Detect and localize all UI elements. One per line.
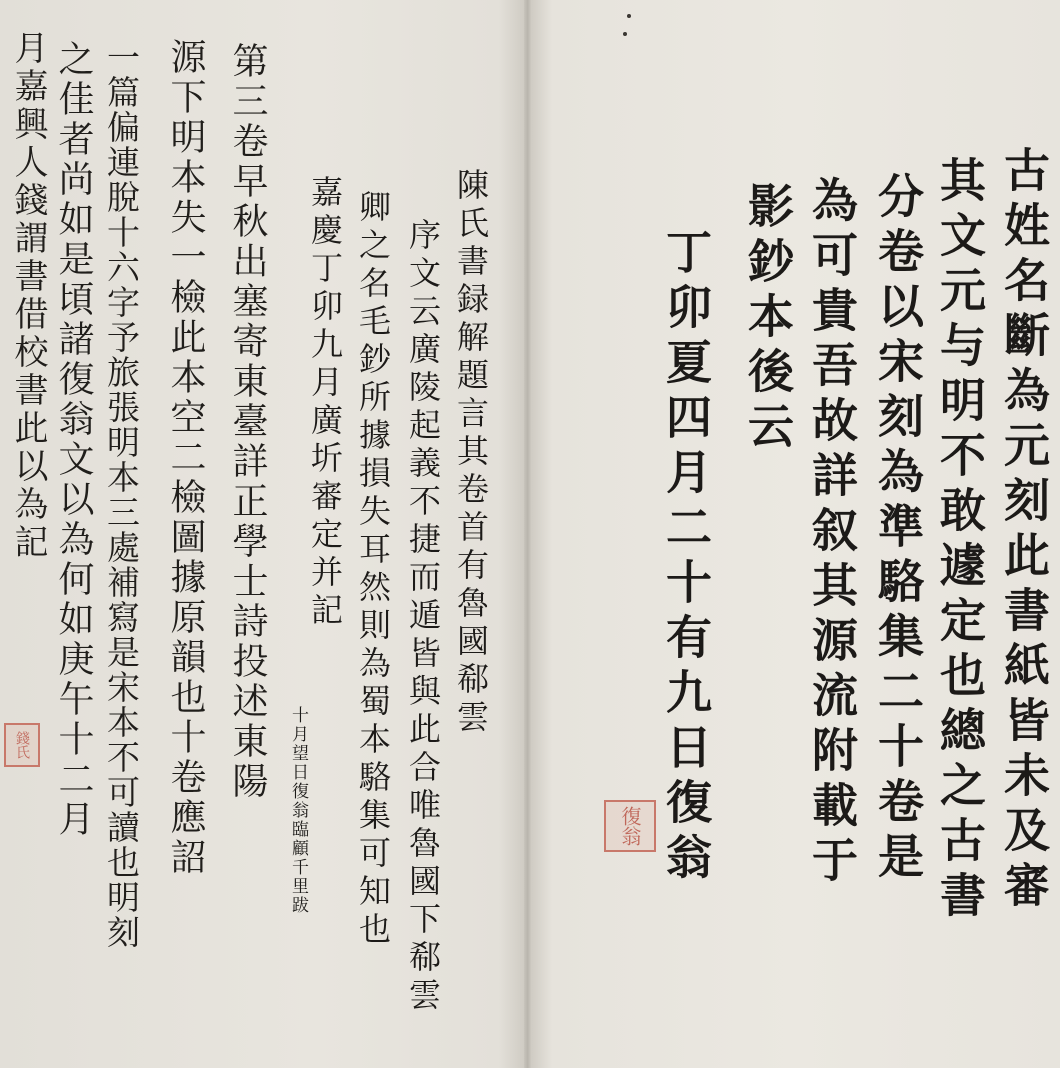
book-spread: 陳氏書録解題言其卷首有魯國郗雲 序文云廣陵起義不捷而遁皆與此合唯魯國下郗雲 卿之… <box>0 0 1060 1068</box>
colophon-column-2: 序文云廣陵起義不捷而遁皆與此合唯魯國下郗雲 <box>400 218 446 1016</box>
colophon-column-4: 嘉慶丁卯九月廣圻審定并記 <box>302 175 348 631</box>
colophon-column-3: 卿之名毛鈔所據損失耳然則為蜀本駱集可知也 <box>350 190 396 950</box>
right-page: 古姓名斷為元刻此書紙皆未及審 其文元与明不敢遽定也總之古書 分卷以宋刻為準駱集二… <box>531 0 1060 1068</box>
inscription-column-4: 為可貴吾故詳叙其源流附載于 <box>799 176 865 891</box>
inscription-column-1: 古姓名斷為元刻此書紙皆未及審 <box>991 146 1057 916</box>
cursive-column-5: 月嘉興人錢謂書借校書此以為記 <box>4 30 53 562</box>
inscription-column-6-date-signature: 丁卯夏四月二十有九日復翁 <box>653 228 719 888</box>
seal-stamp-right: 復翁 <box>604 800 656 852</box>
cursive-column-4: 之佳者尚如是頃諸復翁文以為何如庚午十二月 <box>48 40 99 840</box>
colophon-small-note: 十月望日復翁臨顧千里跋 <box>286 706 311 915</box>
left-page: 陳氏書録解題言其卷首有魯國郗雲 序文云廣陵起義不捷而遁皆與此合唯魯國下郗雲 卿之… <box>0 0 525 1068</box>
cursive-column-3: 一篇偏連脫十六字予旅張明本三處補寫是宋本不可讀也明刻 <box>98 40 145 950</box>
ink-speck <box>623 32 627 36</box>
seal-stamp-left: 錢氏 <box>4 723 40 767</box>
inscription-column-2: 其文元与明不敢遽定也總之古書 <box>927 156 993 926</box>
colophon-column-1: 陳氏書録解題言其卷首有魯國郗雲 <box>448 168 494 738</box>
inscription-column-5: 影鈔本後云 <box>735 182 801 457</box>
cursive-column-2: 源下明本失一檢此本空二檢圖據原韻也十卷應詔 <box>160 38 211 878</box>
inscription-column-3: 分卷以宋刻為準駱集二十卷是 <box>865 172 931 887</box>
ink-speck <box>627 14 631 18</box>
cursive-column-1: 第三卷早秋出塞寄東臺詳正學士詩投述東陽 <box>222 42 273 802</box>
